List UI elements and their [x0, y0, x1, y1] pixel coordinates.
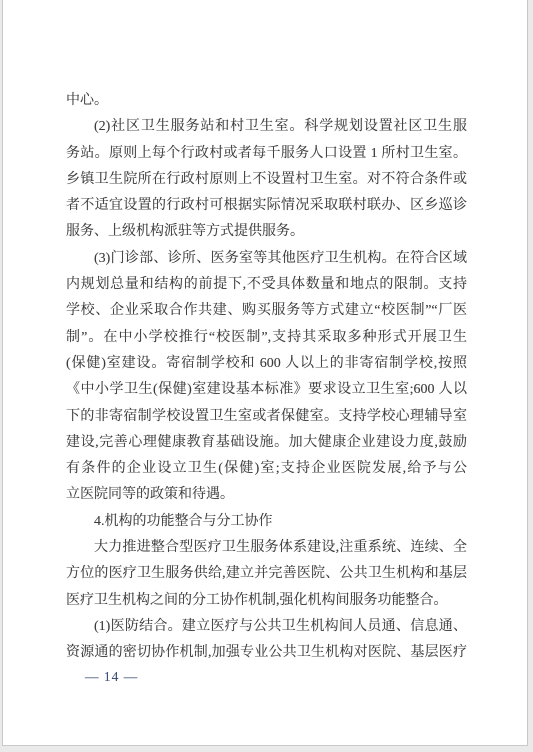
text-line: 4.机构的功能整合与分工协作 — [66, 509, 467, 535]
text-line: 方位的医疗卫生服务供给,建立并完善医院、公共卫生机构和基层 — [66, 561, 467, 587]
text-line: 者不适宜设置的行政村可根据实际情况采取联村联办、区乡巡诊 — [66, 193, 467, 219]
text-line: (3)门诊部、诊所、医务室等其他医疗卫生机构。在符合区域 — [66, 246, 467, 272]
text-line: 学校、企业采取合作共建、购买服务等方式建立“校医制”“厂医 — [66, 298, 467, 324]
text-line: 下的非寄宿制学校设置卫生室或者保健室。支持学校心理辅导室 — [66, 404, 467, 430]
text-line: 服务、上级机构派驻等方式提供服务。 — [66, 219, 467, 245]
text-line: (保健)室建设。寄宿制学校和 600 人以上的非寄宿制学校,按照 — [66, 351, 467, 377]
text-line: 资源通的密切协作机制,加强专业公共卫生机构对医院、基层医疗 — [66, 640, 467, 666]
text-line: (2)社区卫生服务站和村卫生室。科学规划设置社区卫生服 — [66, 114, 467, 140]
text-line: (1)医防结合。建立医疗与公共卫生机构间人员通、信息通、 — [66, 614, 467, 640]
text-line: 乡镇卫生院所在行政村原则上不设置村卫生室。对不符合条件或 — [66, 167, 467, 193]
text-line: 务站。原则上每个行政村或者每千服务人口设置 1 所村卫生室。 — [66, 141, 467, 167]
text-line: 有条件的企业设立卫生(保健)室;支持企业医院发展,给予与公 — [66, 456, 467, 482]
text-line: 医疗卫生机构之间的分工协作机制,强化机构间服务功能整合。 — [66, 588, 467, 614]
document-body-text: 中心。(2)社区卫生服务站和村卫生室。科学规划设置社区卫生服务站。原则上每个行政… — [66, 88, 467, 667]
text-line: 立医院同等的政策和待遇。 — [66, 482, 467, 508]
text-line: 大力推进整合型医疗卫生服务体系建设,注重系统、连续、全 — [66, 535, 467, 561]
document-canvas: 中心。(2)社区卫生服务站和村卫生室。科学规划设置社区卫生服务站。原则上每个行政… — [0, 0, 533, 752]
text-line: 中心。 — [66, 88, 467, 114]
text-line: 《中小学卫生(保健)室建设基本标准》要求设立卫生室;600 人以 — [66, 377, 467, 403]
page-number: — 14 — — [85, 669, 138, 685]
text-line: 制”。在中小学校推行“校医制”,支持其采取多种形式开展卫生 — [66, 325, 467, 351]
text-line: 内规划总量和结构的前提下,不受具体数量和地点的限制。支持 — [66, 272, 467, 298]
document-page: 中心。(2)社区卫生服务站和村卫生室。科学规划设置社区卫生服务站。原则上每个行政… — [2, 0, 528, 746]
text-line: 建设,完善心理健康教育基础设施。加大健康企业建设力度,鼓励 — [66, 430, 467, 456]
